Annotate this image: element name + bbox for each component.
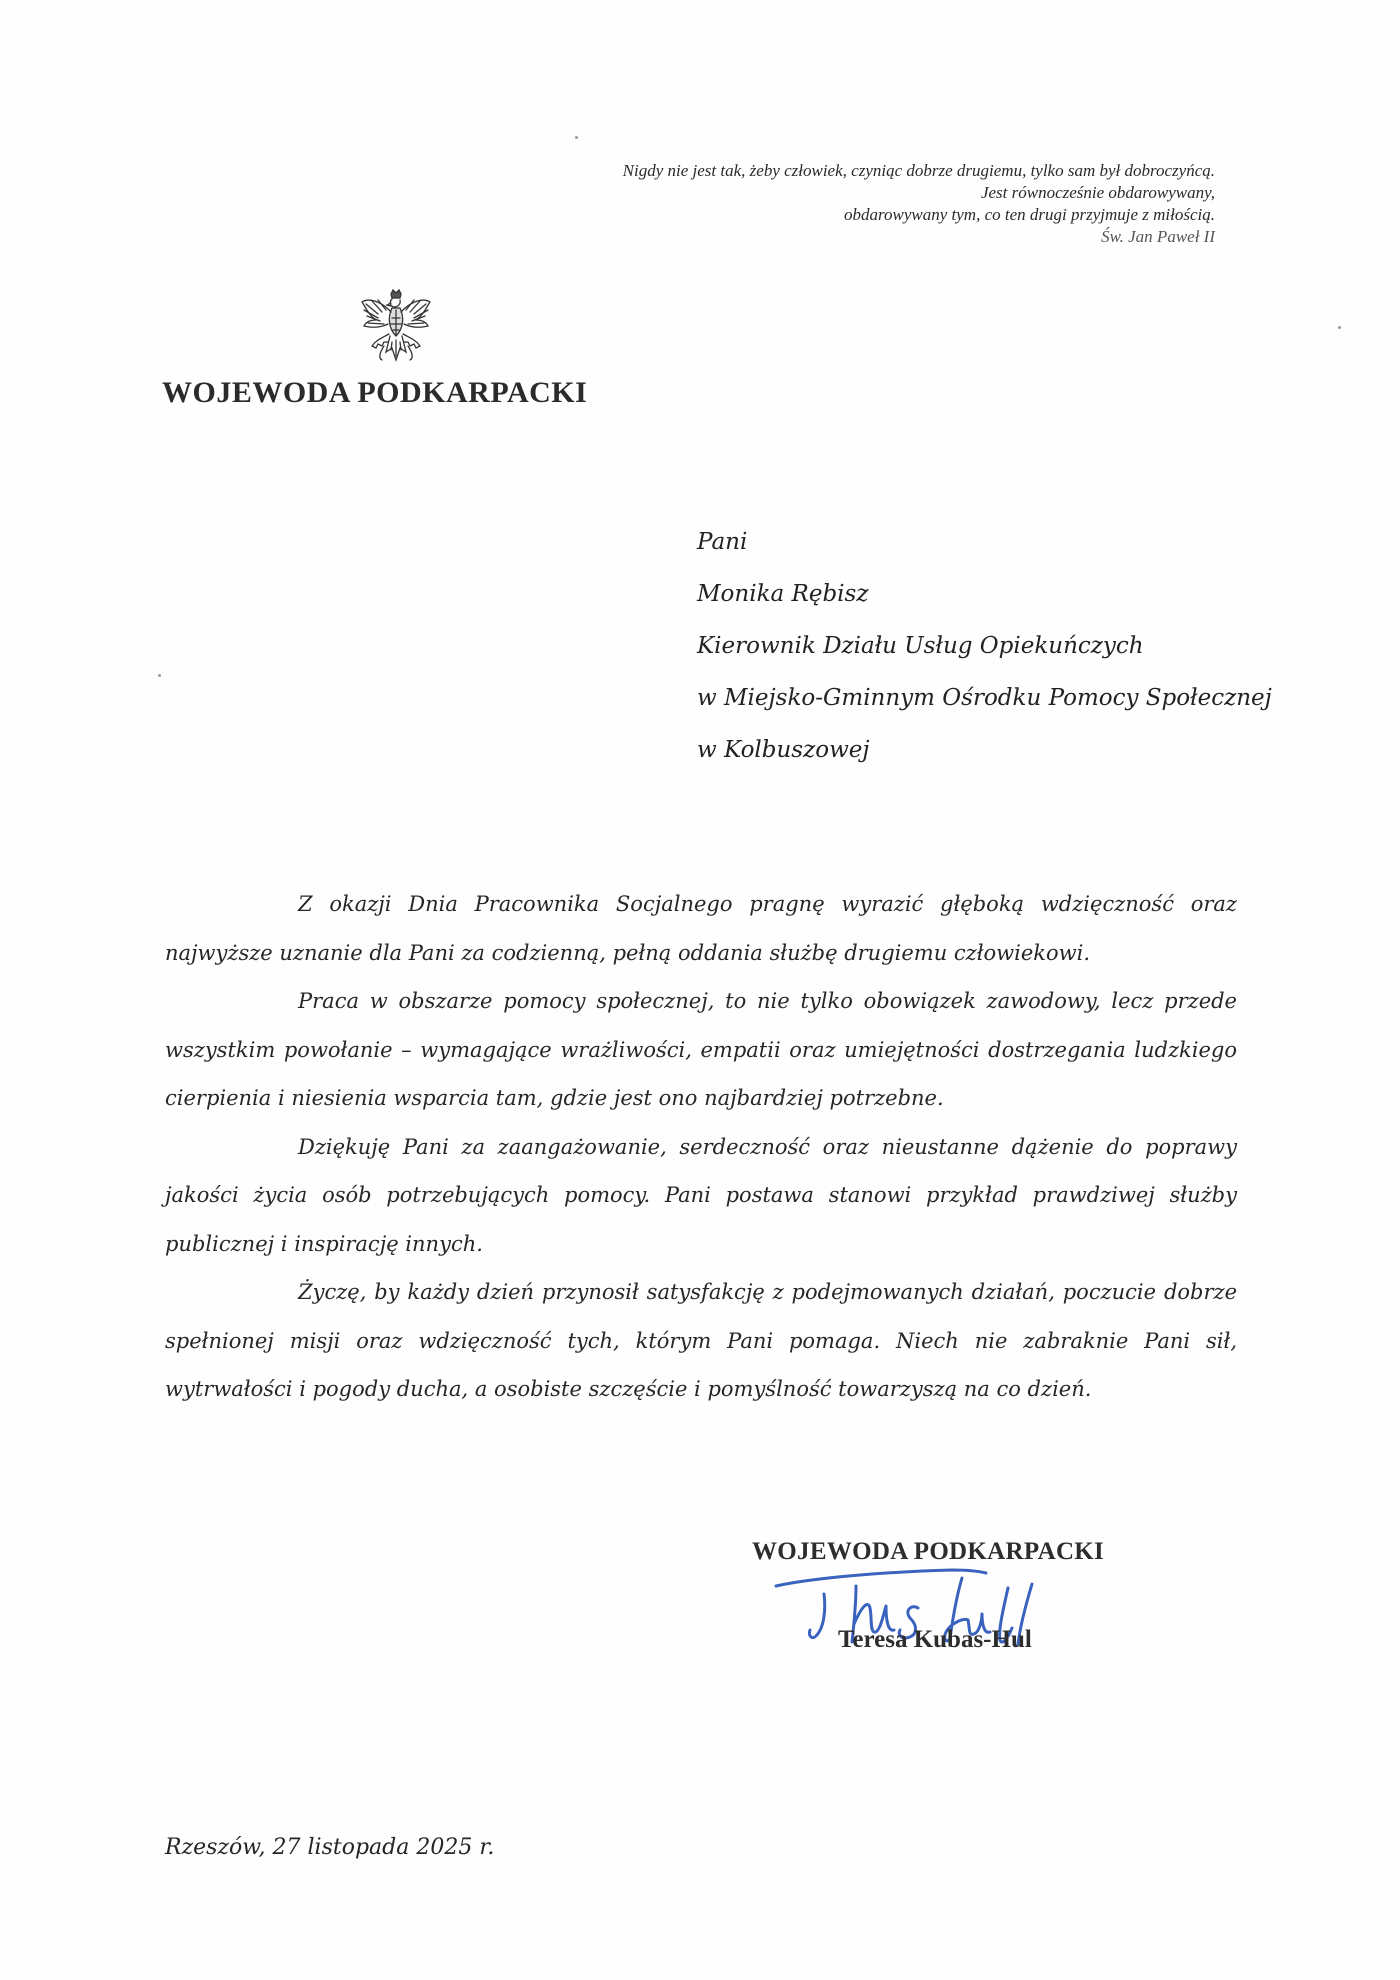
recipient-institution: w Miejsko-Gminnym Ośrodku Pomocy Społecz… bbox=[697, 672, 1272, 724]
signatory-name: Teresa Kubas-Hul bbox=[838, 1626, 1032, 1654]
recipient-salutation: Pani bbox=[697, 516, 1272, 568]
scan-speck bbox=[575, 136, 578, 139]
signature-block: WOJEWODA PODKARPACKI Teresa Kubas-Hul bbox=[752, 1538, 1152, 1678]
quote-line: Nigdy nie jest tak, żeby człowiek, czyni… bbox=[623, 160, 1215, 182]
letter-page: Nigdy nie jest tak, żeby człowiek, czyni… bbox=[0, 0, 1400, 1980]
quote-line: obdarowywany tym, co ten drugi przyjmuje… bbox=[623, 204, 1215, 226]
body-paragraph: Praca w obszarze pomocy społecznej, to n… bbox=[165, 977, 1237, 1123]
epigraph-quote: Nigdy nie jest tak, żeby człowiek, czyni… bbox=[623, 160, 1215, 248]
recipient-position: Kierownik Działu Usług Opiekuńczych bbox=[697, 620, 1272, 672]
body-paragraph: Dziękuję Pani za zaangażowanie, serdeczn… bbox=[165, 1123, 1237, 1269]
place-and-date: Rzeszów, 27 listopada 2025 r. bbox=[165, 1835, 494, 1860]
scan-speck bbox=[158, 674, 161, 677]
body-paragraph: Życzę, by każdy dzień przynosił satysfak… bbox=[165, 1268, 1237, 1414]
scan-speck bbox=[1338, 326, 1341, 329]
recipient-block: Pani Monika Rębisz Kierownik Działu Usłu… bbox=[697, 516, 1272, 776]
office-heading: WOJEWODA PODKARPACKI bbox=[162, 376, 587, 410]
polish-eagle-emblem-icon bbox=[358, 288, 434, 368]
recipient-location: w Kolbuszowej bbox=[697, 724, 1272, 776]
body-paragraph: Z okazji Dnia Pracownika Socjalnego prag… bbox=[165, 880, 1237, 977]
quote-line: Jest równocześnie obdarowywany, bbox=[623, 182, 1215, 204]
quote-author: Św. Jan Paweł II bbox=[623, 226, 1215, 248]
recipient-name: Monika Rębisz bbox=[697, 568, 1272, 620]
letter-body: Z okazji Dnia Pracownika Socjalnego prag… bbox=[165, 880, 1237, 1414]
